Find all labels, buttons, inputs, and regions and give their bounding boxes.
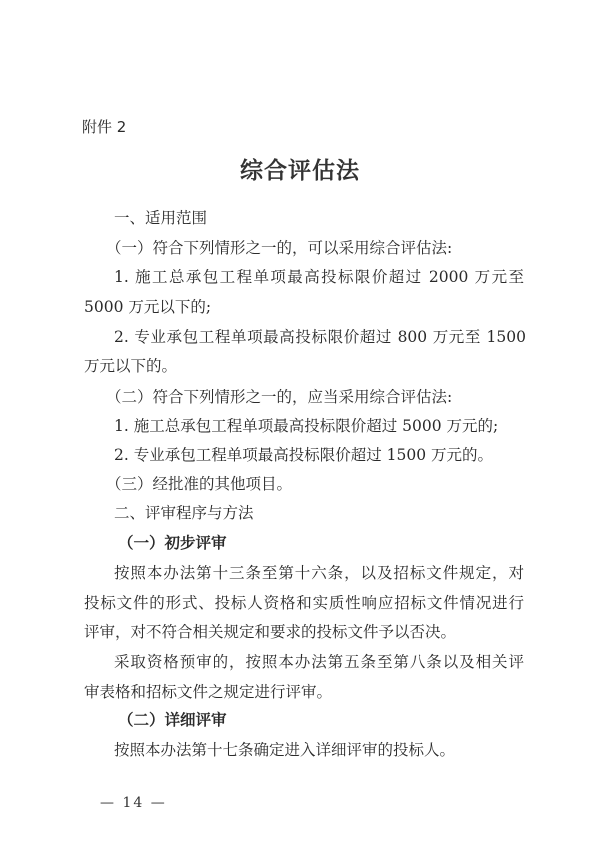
attachment-label: 附件 2	[82, 116, 126, 137]
page-number: — 14 —	[100, 795, 167, 811]
section1-sub2-item1: 1. 施工总承包工程单项最高投标限价超过 5000 万元的;	[114, 414, 498, 436]
section1-heading: 一、适用范围	[114, 206, 207, 228]
section2-sub1-para2-line2: 审表格和招标文件之规定进行评审。	[84, 680, 332, 702]
document-page: 附件 2 综合评估法 一、适用范围 （一）符合下列情形之一的，可以采用综合评估法…	[0, 0, 600, 847]
section1-sub1-heading: （一）符合下列情形之一的，可以采用综合评估法:	[106, 236, 452, 258]
section1-sub2-item2: 2. 专业承包工程单项最高投标限价超过 1500 万元的。	[114, 443, 493, 465]
section2-sub2-para1: 按照本办法第十七条确定进入详细评审的投标人。	[114, 738, 455, 760]
section2-heading: 二、评审程序与方法	[114, 501, 254, 523]
section1-sub3-heading: （三）经批准的其他项目。	[106, 472, 292, 494]
section1-sub1-item1-line1: 1. 施工总承包工程单项最高投标限价超过 2000 万元至	[114, 265, 524, 287]
section2-sub2-heading: （二）详细评审	[118, 708, 227, 730]
section2-sub1-para2-line1: 采取资格预审的，按照本办法第五条至第八条以及相关评	[114, 650, 524, 672]
section2-sub1-heading: （一）初步评审	[118, 531, 227, 553]
section1-sub1-item2-line2: 万元以下的。	[84, 354, 177, 376]
section2-sub1-para1-line3: 评审，对不符合相关规定和要求的投标文件予以否决。	[84, 620, 456, 642]
section1-sub2-heading: （二）符合下列情形之一的，应当采用综合评估法:	[106, 385, 452, 407]
section1-sub1-item2-line1: 2. 专业承包工程单项最高投标限价超过 800 万元至 1500	[114, 325, 526, 347]
section2-sub1-para1-line2: 投标文件的形式、投标人资格和实质性响应招标文件情况进行	[84, 591, 524, 613]
document-title: 综合评估法	[0, 152, 600, 185]
section2-sub1-para1-line1: 按照本办法第十三条至第十六条，以及招标文件规定，对	[114, 561, 524, 583]
section1-sub1-item1-line2: 5000 万元以下的;	[84, 295, 211, 317]
